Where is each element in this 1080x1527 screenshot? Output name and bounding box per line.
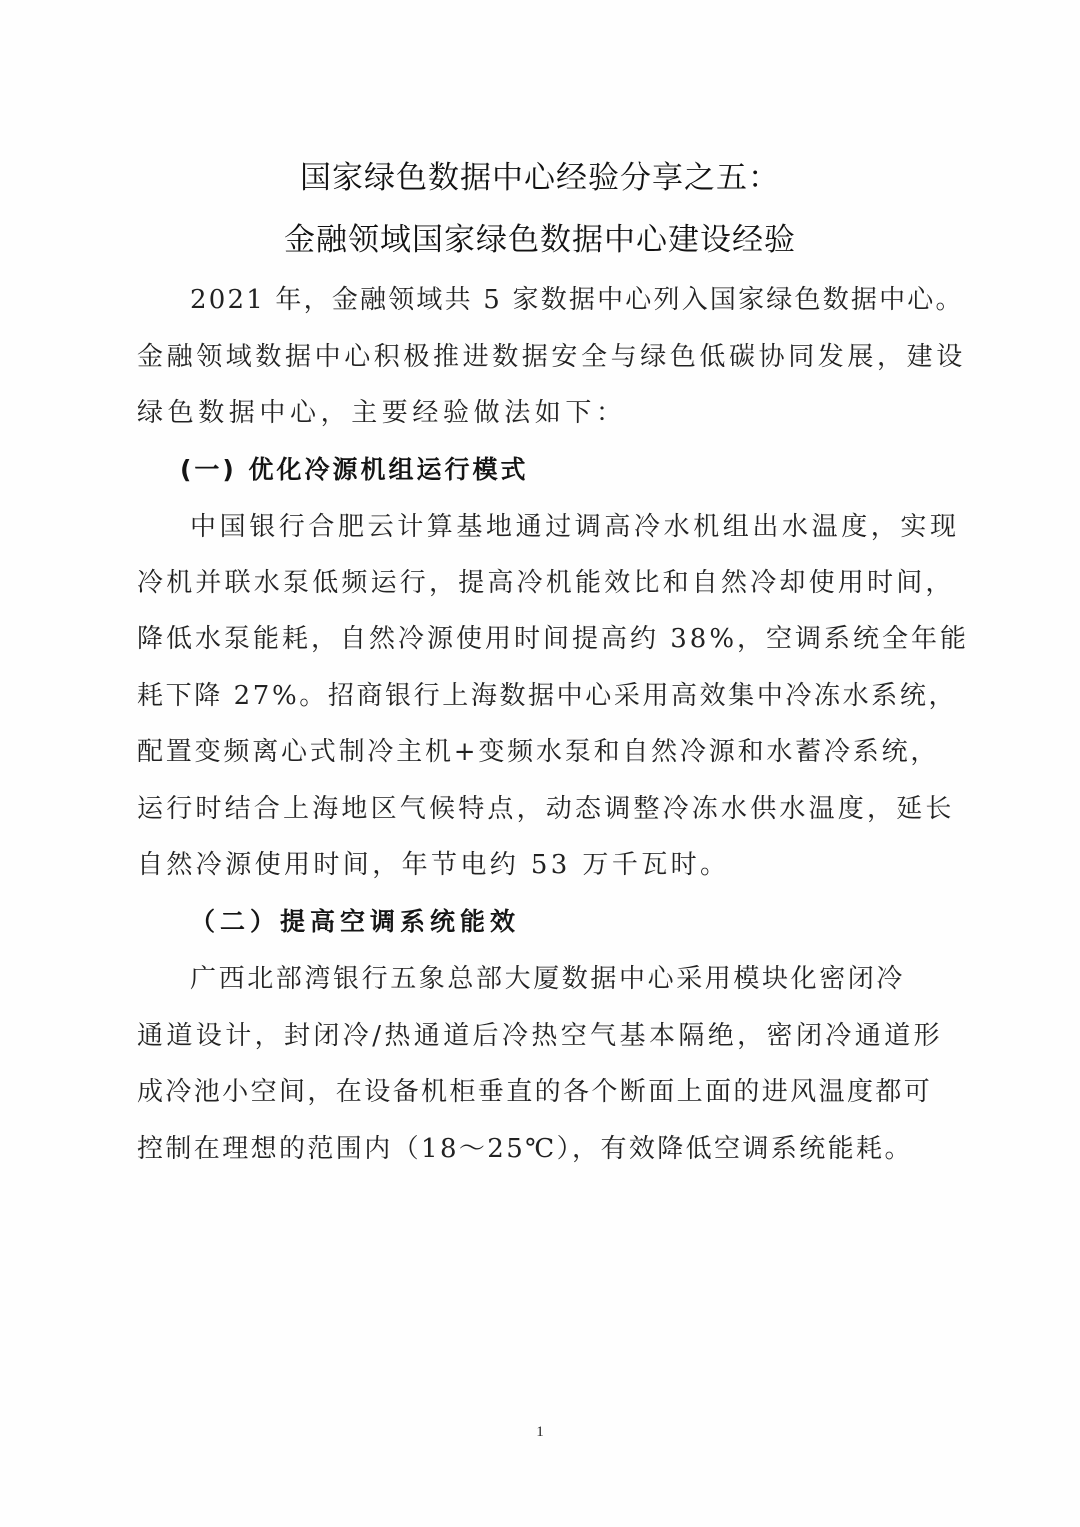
section-heading-1: (一) 优化冷源机组运行模式 xyxy=(180,450,529,490)
section-2-line: 控制在理想的范围内（18～25℃），有效降低空调系统能耗。 xyxy=(137,1129,937,1169)
section-1-line: 运行时结合上海地区气候特点，动态调整冷冻水供水温度，延长 xyxy=(137,789,937,829)
section-1-line: 中国银行合肥云计算基地通过调高冷水机组出水温度，实现 xyxy=(190,507,990,547)
intro-paragraph-line: 绿色数据中心，主要经验做法如下： xyxy=(137,393,937,433)
section-1-line: 耗下降 27%。招商银行上海数据中心采用高效集中冷冻水系统， xyxy=(137,676,937,716)
section-1-line: 配置变频离心式制冷主机+变频水泵和自然冷源和水蓄冷系统， xyxy=(137,732,937,772)
intro-paragraph-line: 2021 年，金融领域共 5 家数据中心列入国家绿色数据中心。 xyxy=(190,280,990,320)
section-1-line: 自然冷源使用时间，年节电约 53 万千瓦时。 xyxy=(137,845,937,885)
document-page: 国家绿色数据中心经验分享之五： 金融领域国家绿色数据中心建设经验 2021 年，… xyxy=(0,0,1080,1527)
section-heading-2: （二）提高空调系统能效 xyxy=(190,902,520,942)
document-title-line-2: 金融领域国家绿色数据中心建设经验 xyxy=(0,220,1080,260)
intro-paragraph-line: 金融领域数据中心积极推进数据安全与绿色低碳协同发展，建设 xyxy=(137,337,937,377)
section-1-line: 冷机并联水泵低频运行，提高冷机能效比和自然冷却使用时间， xyxy=(137,563,937,603)
section-1-line: 降低水泵能耗，自然冷源使用时间提高约 38%，空调系统全年能 xyxy=(137,619,937,659)
document-title-line-1: 国家绿色数据中心经验分享之五： xyxy=(0,158,1080,198)
section-2-line: 通道设计，封闭冷/热通道后冷热空气基本隔绝，密闭冷通道形 xyxy=(137,1016,937,1056)
section-2-line: 广西北部湾银行五象总部大厦数据中心采用模块化密闭冷 xyxy=(190,959,990,999)
page-number: 1 xyxy=(0,1424,1080,1441)
section-2-line: 成冷池小空间，在设备机柜垂直的各个断面上面的进风温度都可 xyxy=(137,1072,937,1112)
